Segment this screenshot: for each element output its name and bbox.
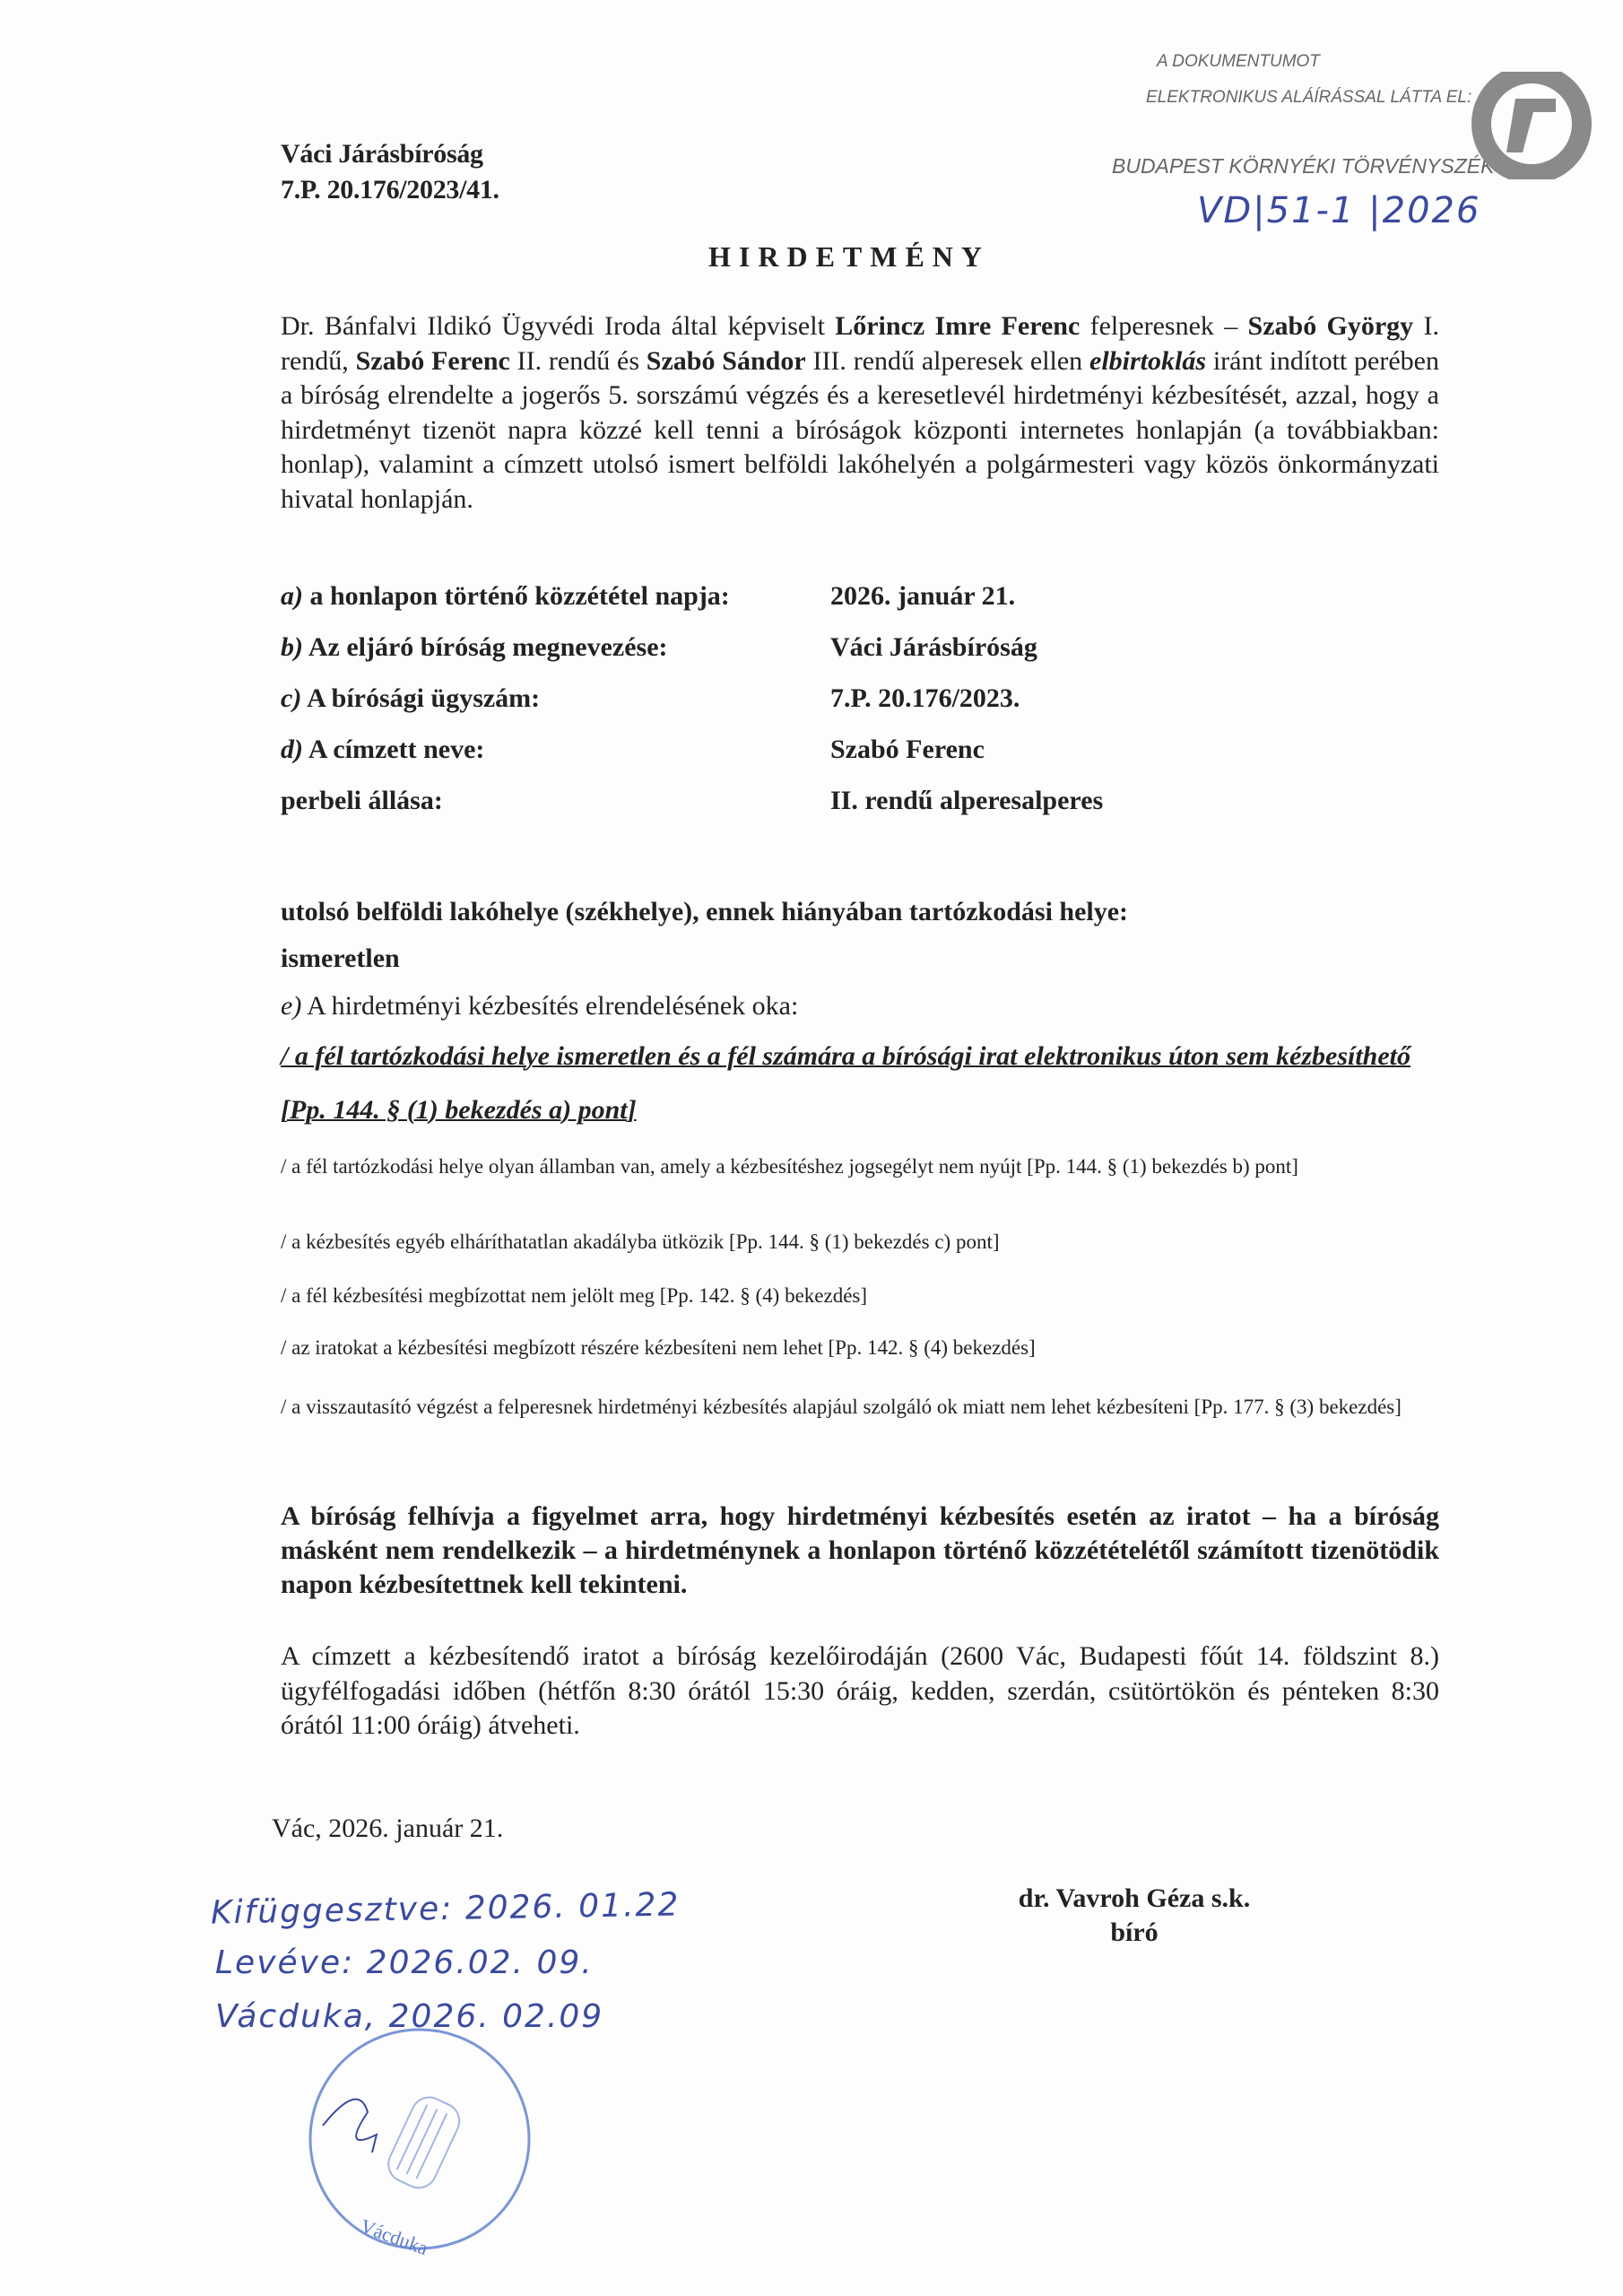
field-value: Szabó Ferenc [830, 735, 985, 765]
field-label-text: a honlapon történő közzététel napja: [303, 581, 730, 611]
reason-prefix: e) [281, 991, 301, 1021]
field-label-text: A címzett neve: [303, 735, 484, 764]
defendant-2: Szabó Ferenc [356, 346, 510, 376]
field-label: b) Az eljáró bíróság megnevezése: [281, 632, 830, 663]
case-number: 7.P. 20.176/2023/41. [281, 172, 499, 208]
reason-option: / az iratokat a kézbesítési megbízott ré… [281, 1335, 1445, 1361]
case-subject: elbirtoklás [1089, 346, 1206, 376]
field-value: Váci Járásbíróság [830, 632, 1037, 663]
judge-signature: dr. Vavroh Géza s.k. bíró [977, 1882, 1291, 1950]
intro-text: Dr. Bánfalvi Ildikó Ügyvédi Iroda által … [281, 311, 835, 341]
field-prefix: b) [281, 632, 303, 662]
reason-option: / a fél kézbesítési megbízottat nem jelö… [281, 1283, 1445, 1309]
field-label: d) A címzett neve: [281, 735, 830, 765]
field-value: 7.P. 20.176/2023. [830, 683, 1020, 714]
esign-line2: ELEKTRONIKUS ALÁÍRÁSSAL LÁTTA EL: [1146, 88, 1471, 108]
hungarian-coat-of-arms-seal-icon: Vácduka [305, 2027, 538, 2260]
document-title: HIRDETMÉNY [708, 240, 990, 274]
field-prefix: d) [281, 735, 303, 764]
plaintiff-name: Lőrincz Imre Ferenc [835, 311, 1080, 341]
judge-title: bíró [977, 1916, 1291, 1950]
field-prefix: c) [281, 683, 301, 713]
seal-village: Vácduka [358, 2214, 431, 2259]
handwritten-posted: Kifüggesztve: 2026. 01.22 [211, 1886, 681, 1931]
reason-option: / a fél tartózkodási helye olyan államba… [281, 1146, 1445, 1187]
intro-text: III. rendű alperesek ellen [806, 346, 1089, 376]
field-label-text: perbeli állása: [281, 786, 443, 815]
reason-option: / a kézbesítés egyéb elháríthatatlan aka… [281, 1229, 1445, 1256]
field-value: II. rendű alperesalperes [830, 786, 1103, 816]
field-label-text: A bírósági ügyszám: [301, 683, 540, 713]
esign-court: BUDAPEST KÖRNYÉKI TÖRVÉNYSZÉK [1112, 154, 1494, 178]
field-label: c) A bírósági ügyszám: [281, 683, 830, 714]
reason-heading: e) A hirdetményi kézbesítés elrendelésén… [281, 991, 798, 1022]
judge-name: dr. Vavroh Géza s.k. [977, 1882, 1291, 1916]
intro-text: II. rendű és [510, 346, 647, 376]
place-date: Vác, 2026. január 21. [272, 1813, 503, 1844]
esign-line1: A DOKUMENTUMOT [1157, 52, 1320, 72]
reason-selected: / a fél tartózkodási helye ismeretlen és… [281, 1030, 1446, 1137]
court-name: Váci Járásbíróság [281, 136, 483, 172]
legal-notice: A bíróság felhívja a figyelmet arra, hog… [281, 1500, 1439, 1602]
field-row: c) A bírósági ügyszám:7.P. 20.176/2023. [281, 683, 1020, 714]
residence-value: ismeretlen [281, 944, 400, 974]
field-row: d) A címzett neve:Szabó Ferenc [281, 735, 985, 765]
residence-label: utolsó belföldi lakóhelye (székhelye), e… [281, 897, 1128, 927]
handwritten-removed: Levéve: 2026.02. 09. [215, 1944, 594, 1981]
reason-option: / a visszautasító végzést a felperesnek … [281, 1387, 1445, 1428]
court-logo-icon [1471, 63, 1596, 179]
field-prefix: a) [281, 581, 303, 611]
field-label: a) a honlapon történő közzététel napja: [281, 581, 830, 612]
reason-heading-text: A hirdetményi kézbesítés elrendelésének … [301, 991, 798, 1021]
intro-paragraph: Dr. Bánfalvi Ildikó Ügyvédi Iroda által … [281, 309, 1439, 517]
field-label-text: Az eljáró bíróság megnevezése: [303, 632, 668, 662]
field-value: 2026. január 21. [830, 581, 1015, 612]
defendant-3: Szabó Sándor [647, 346, 806, 376]
field-row: a) a honlapon történő közzététel napja:2… [281, 581, 1015, 612]
intro-text: felperesnek – [1080, 311, 1247, 341]
defendant-1: Szabó György [1248, 311, 1414, 341]
pickup-info: A címzett a kézbesítendő iratot a bírósá… [281, 1639, 1439, 1744]
field-row: perbeli állása:II. rendű alperesalperes [281, 786, 1103, 816]
field-row: b) Az eljáró bíróság megnevezése:Váci Já… [281, 632, 1037, 663]
handwritten-registry-ref: VD|51-1 |2026 [1197, 190, 1480, 231]
field-label: perbeli állása: [281, 786, 830, 816]
